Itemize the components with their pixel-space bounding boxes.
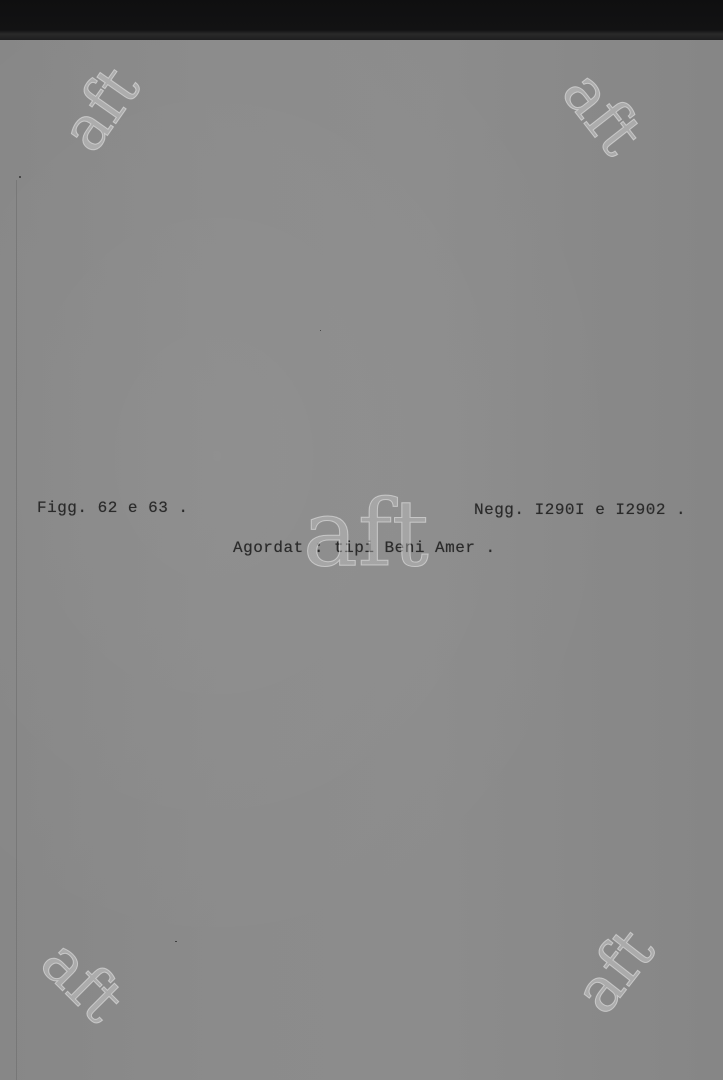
paper-speck [19, 176, 21, 178]
negative-reference: Negg. I290I e I2902 . [474, 501, 686, 519]
paper-speck [175, 941, 177, 942]
scan-background-band [0, 0, 723, 42]
document-page [0, 40, 723, 1080]
page-edge-line [16, 180, 17, 1080]
figure-reference: Figg. 62 e 63 . [37, 499, 189, 517]
paper-speck [320, 330, 321, 331]
caption: Agordat : tipi Beni Amer . [233, 539, 496, 557]
